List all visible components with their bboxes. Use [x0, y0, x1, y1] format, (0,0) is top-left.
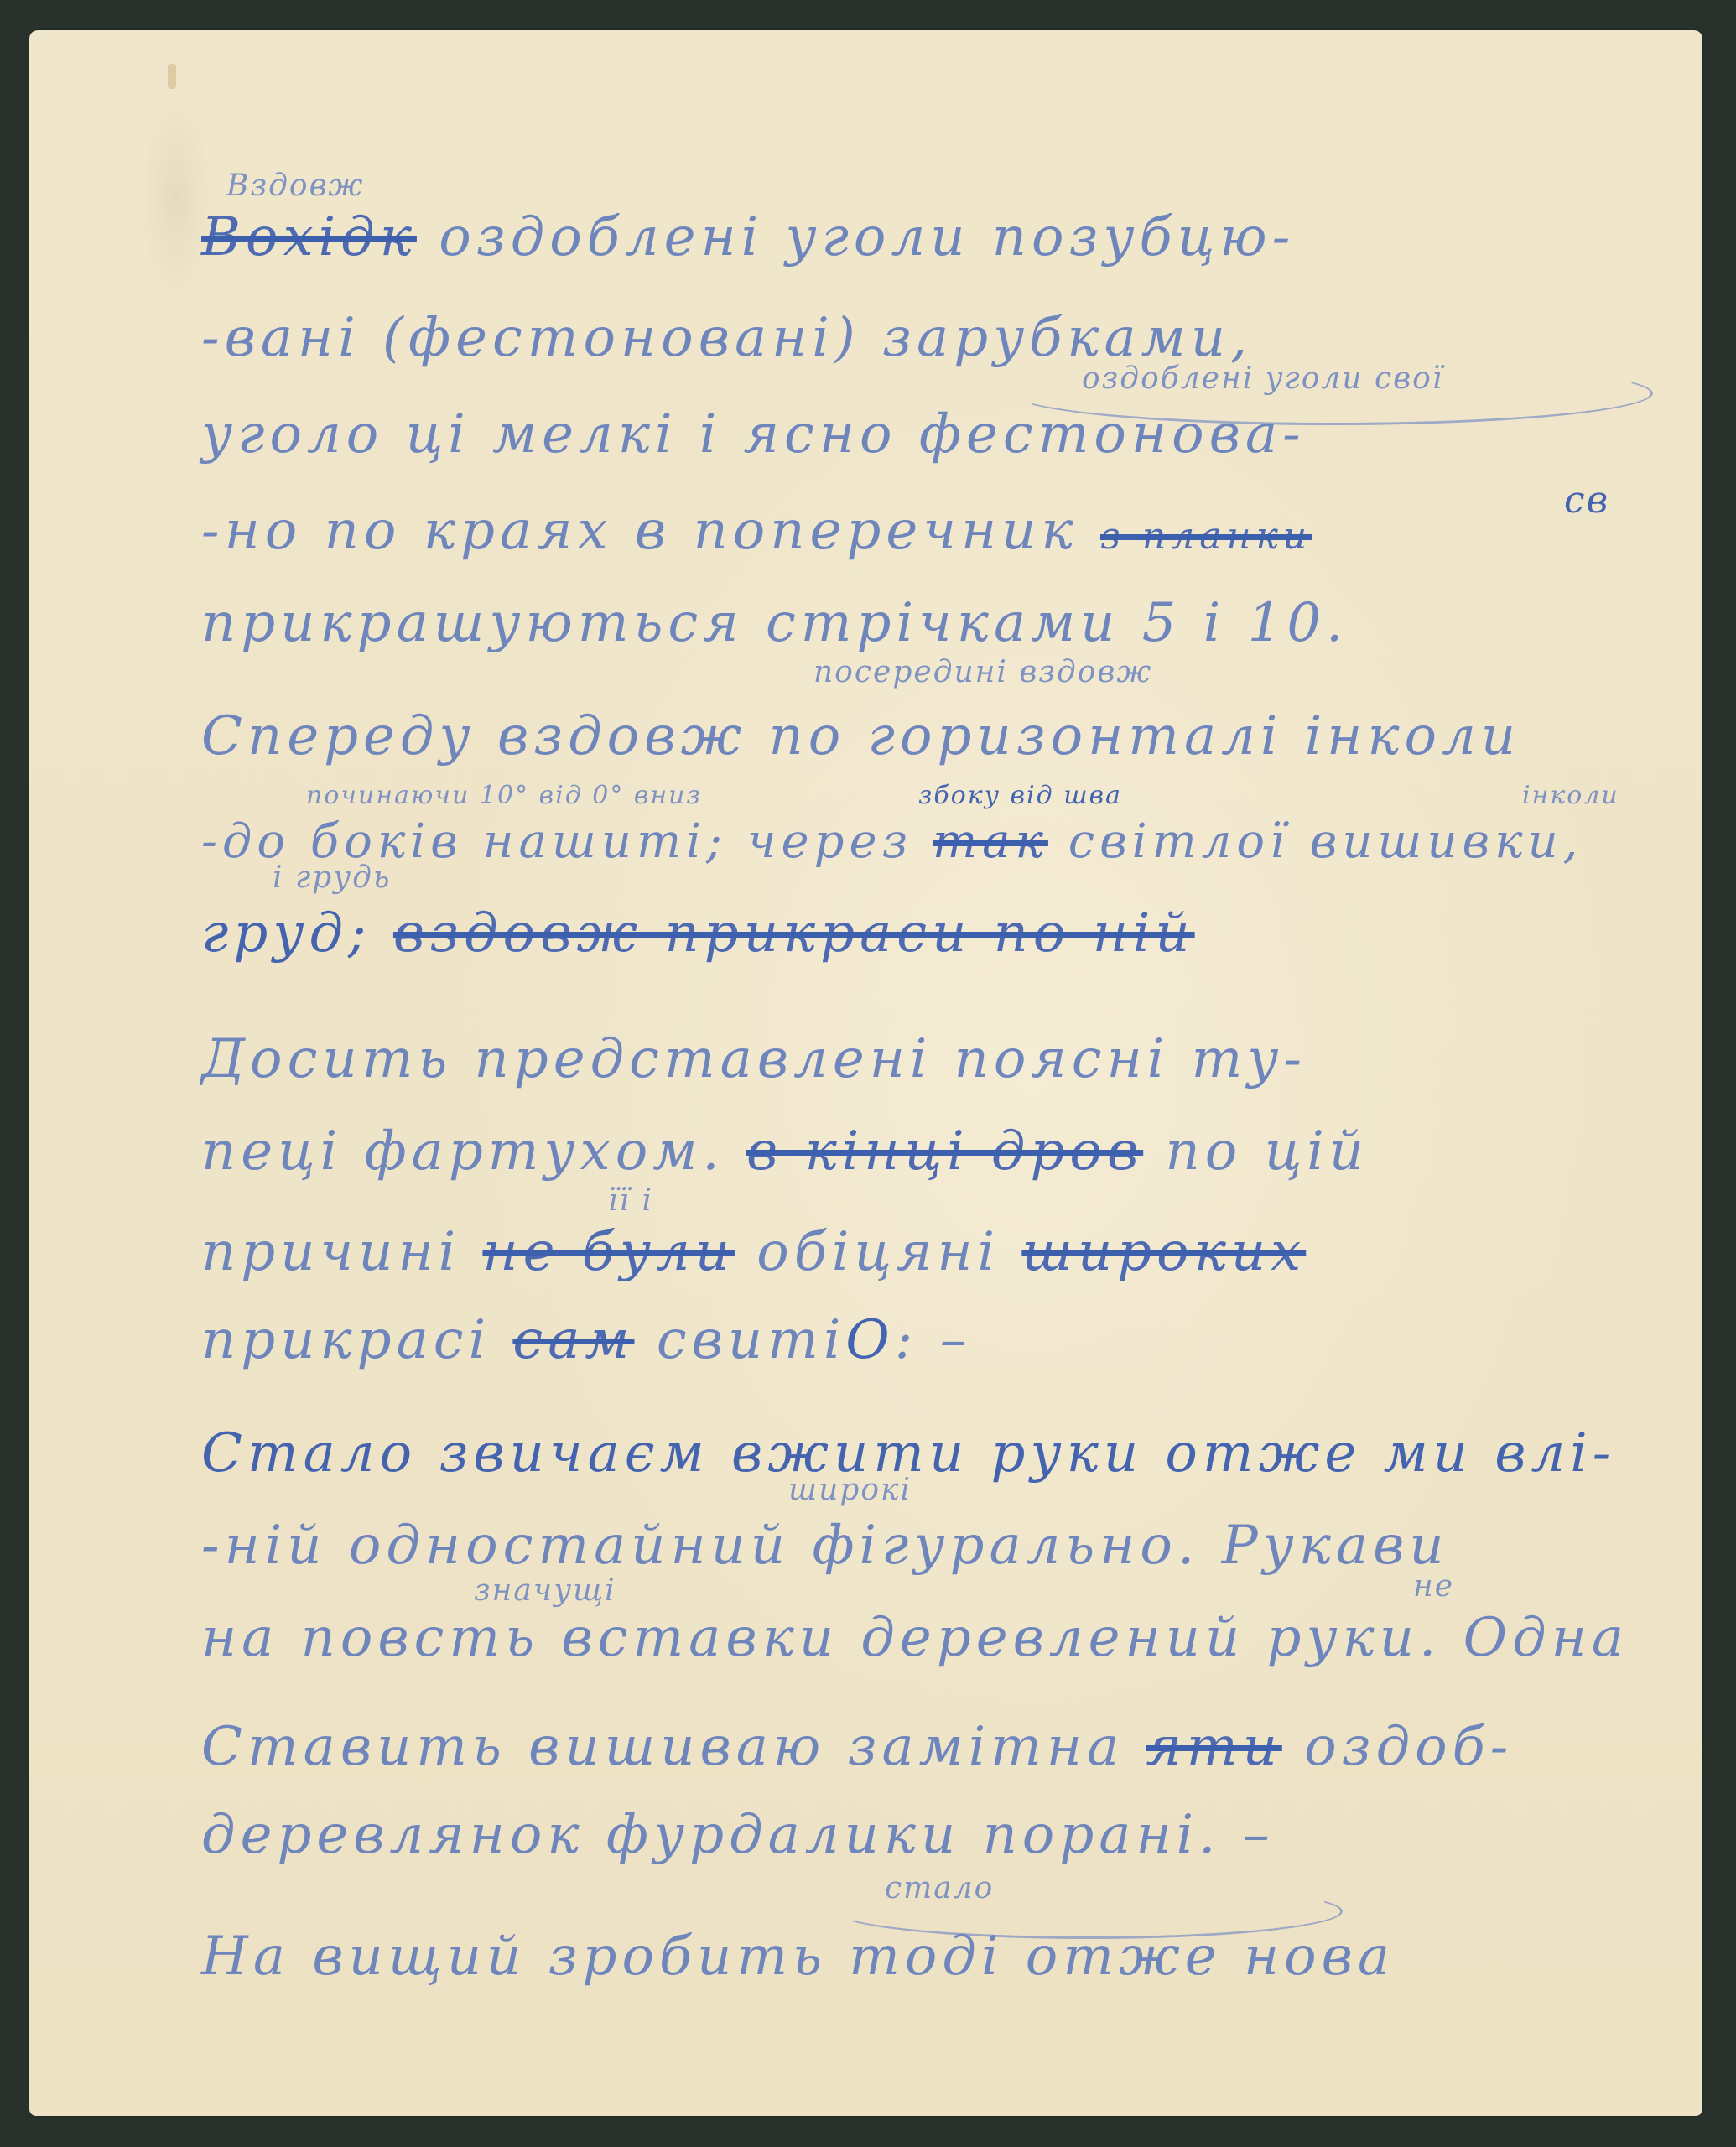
- line-text: причині: [201, 1221, 460, 1283]
- manuscript-line: прикрашуються стрічками 5 і 10.: [201, 592, 1348, 654]
- insertion: і грудь: [273, 860, 392, 895]
- line-text: прикрасі: [201, 1309, 491, 1371]
- struck-word: яти: [1146, 1716, 1282, 1778]
- manuscript-line: Вохідк оздоблені уголи позубцю-: [201, 206, 1295, 268]
- struck-word: так: [933, 814, 1048, 869]
- insertion: посередині вздовж: [813, 655, 1152, 689]
- struck-word: широких: [1021, 1221, 1306, 1283]
- manuscript-line: -до боків нашиті; через так світлої виши…: [201, 814, 1583, 869]
- manuscript-line: На вищий зробить тоді отже нова: [201, 1926, 1395, 1988]
- manuscript-line: на повсть вставки деревлений руки. Одна: [201, 1607, 1629, 1669]
- insertion: інколи: [1522, 781, 1619, 810]
- line-text: вишиваю замітна: [528, 1716, 1124, 1778]
- manuscript-line: пеці фартухом. в кінці дров по цій: [201, 1120, 1369, 1183]
- line-text: оздоб-: [1304, 1716, 1513, 1778]
- line-text: Ставить: [201, 1716, 507, 1778]
- line-text: : –: [895, 1309, 972, 1371]
- insertion: значущі: [474, 1573, 616, 1608]
- struck-letter: О: [845, 1309, 894, 1371]
- paper-stain: [168, 64, 176, 89]
- insertion: її і: [608, 1183, 653, 1218]
- manuscript-line: -но по краях в поперечник з планки: [201, 500, 1312, 562]
- line-text: по цій: [1166, 1120, 1369, 1183]
- insertion: збоку від шва: [918, 781, 1122, 810]
- line-text: обіцяні: [756, 1221, 1000, 1283]
- struck-word: з планки: [1100, 515, 1312, 558]
- struck-word: Вохідк: [201, 206, 417, 268]
- manuscript-line: Спереду вздовж по горизонталі інколи: [201, 705, 1520, 767]
- line-text: свиті: [657, 1309, 845, 1371]
- manuscript-line: Ставить вишиваю замітна яти оздоб-: [201, 1716, 1513, 1778]
- insertion: починаючи 10° від 0° вниз: [306, 781, 702, 810]
- insertion: широкі: [788, 1473, 912, 1507]
- manuscript-line: -вані (фестоновані) зарубками,: [201, 307, 1252, 369]
- line-text: світлої вишивки,: [1068, 814, 1583, 869]
- manuscript-line: причині не були обіцяні широких: [201, 1221, 1306, 1283]
- manuscript-line: -ній одностайний фігурально. Рукави: [201, 1515, 1449, 1577]
- insertion: Вздовж: [226, 169, 364, 203]
- manuscript-line: Досить представлені поясні ту-: [201, 1028, 1307, 1090]
- struck-word: не були: [482, 1221, 735, 1283]
- line-text: груд;: [201, 902, 372, 964]
- line-text: пеці фартухом.: [201, 1120, 746, 1183]
- manuscript-page: Вздовж Вохідк оздоблені уголи позубцю- -…: [29, 30, 1702, 2116]
- manuscript-line: деревлянок фурдалики порані. –: [201, 1804, 1275, 1866]
- manuscript-line: прикрасі сам свитіО: –: [201, 1309, 972, 1371]
- insertion: не: [1413, 1569, 1454, 1604]
- manuscript-line: груд; вздовж прикраси по ній: [201, 902, 1195, 964]
- line-text: -но по краях в поперечник: [201, 500, 1079, 562]
- line-text: На вищий зробить тоді отже нова: [201, 1926, 1395, 1988]
- struck-word: сам: [512, 1309, 634, 1371]
- line-text: оздоблені уголи позубцю-: [439, 206, 1295, 268]
- struck-word: в кінці дров: [746, 1120, 1143, 1183]
- insertion: св: [1564, 479, 1609, 522]
- struck-word: вздовж прикраси по ній: [393, 902, 1195, 964]
- manuscript-line: уголо ці мелкі і ясно фестонова-: [201, 403, 1306, 465]
